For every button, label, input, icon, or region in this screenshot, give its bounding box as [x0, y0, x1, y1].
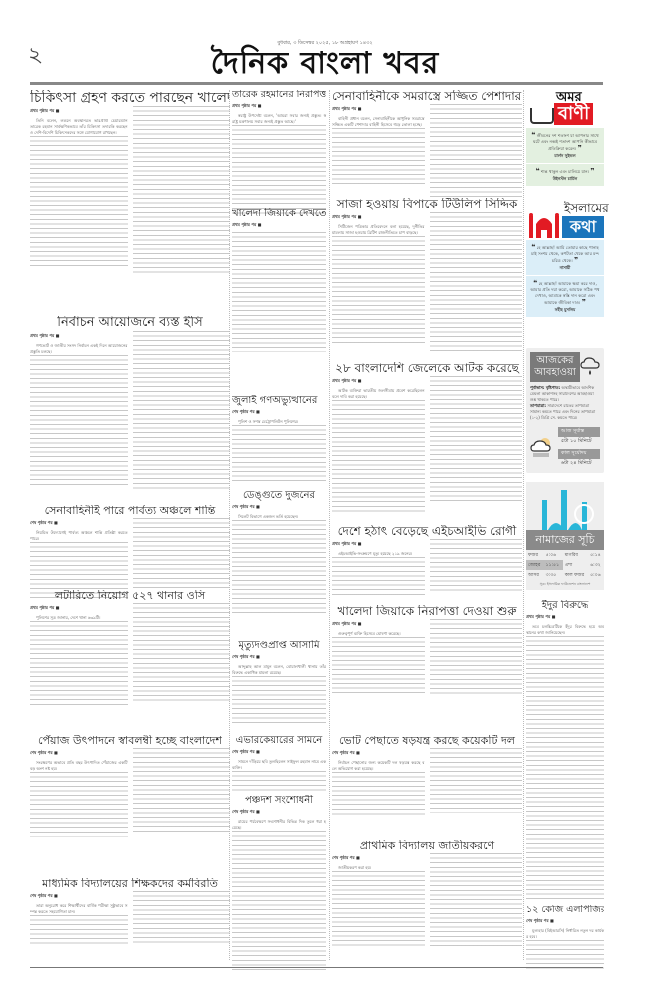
- headline[interactable]: পেঁয়াজ উৎপাদনে স্বাবলম্বী হচ্ছে বাংলাদে…: [30, 735, 230, 748]
- article-everest[interactable]: এভারকেয়ারের সামনে শেষ পৃষ্ঠার পর ■ সামন…: [232, 735, 326, 793]
- headline[interactable]: ডেঙ্গুতে দুজনের: [232, 490, 326, 502]
- mosque-skyline-art: [526, 486, 604, 530]
- quote-card: ❝ হে আল্লাহ! আমাকে ক্ষমা করে দাও, আমার প…: [526, 276, 604, 318]
- quote-source: চার্লস সুইন্ডল: [529, 153, 601, 159]
- quote-source: নাসায়ী: [529, 265, 601, 271]
- kicker: শেষ পৃষ্ঠার পর ■: [232, 504, 326, 511]
- text-block: [332, 637, 425, 697]
- kicker: প্রথম পৃষ্ঠার পর ■: [526, 614, 604, 621]
- text-block: [232, 520, 326, 615]
- body-text: সিটিজেন পত্রিকার প্রতিবেদনে বলা হয়েছে, …: [332, 224, 425, 236]
- headline[interactable]: চিকিৎসা গ্রহণ করতে পারছেন খালেদা: [30, 90, 230, 106]
- headline[interactable]: প্রাথমিক বিদ্যালয় জাতীয়করণে: [332, 840, 522, 853]
- quote-card: ❝ শান্ত থাকুন এবং চালিয়ে যান। ❞ উইনস্টন…: [526, 164, 604, 187]
- text-block: [332, 772, 425, 817]
- headline[interactable]: ২৮ বাংলাদেশি জেলেকে আটক করেছে: [332, 362, 522, 376]
- weather-box: আজকের আবহাওয়া পূর্বাভাস: বৃষ্টিপাত: অস্…: [526, 348, 604, 473]
- article-tarique-security[interactable]: তারেক রহমানের নিরাপত্তায় প্রথম পৃষ্ঠার …: [232, 90, 326, 215]
- body-text: আটক ব্যক্তিরা ভারতীয় জলসীমায় প্রবেশ কর…: [332, 388, 425, 400]
- open-quote-icon: ❝: [533, 279, 537, 287]
- body-text: বাহিনী প্রধান বলেন, সেনাবাহিনীকে আধুনিক …: [332, 116, 425, 128]
- prayer-row: আসর৩:৩৫ কাল ফজর৫:০৬: [526, 570, 604, 580]
- text-block: [430, 104, 523, 199]
- text-block: [232, 676, 326, 726]
- text-block: [133, 603, 231, 703]
- text-block: [232, 425, 326, 485]
- quote-text: হে আল্লাহ! আমাকে ক্ষমা করে দাও, আমার প্র…: [530, 281, 599, 305]
- column-divider: [329, 90, 330, 960]
- text-block: [232, 771, 326, 793]
- headline[interactable]: পঞ্চদশ সংশোধনী: [232, 795, 326, 807]
- sunrise-time: ৬টা ২৪ মিনিটে: [558, 459, 600, 469]
- headline[interactable]: খালেদা জিয়াকে নিরাপত্তা দেওয়া শুরু: [332, 605, 522, 619]
- body-text: সামনে দাঁড়িয়ে ছবি তুলছিলেন সাইফুল রহমা…: [232, 759, 326, 771]
- kicker: প্রথম পৃষ্ঠার পর ■: [332, 378, 425, 385]
- quote-text: জীবনের দশ শতাংশ যা আপনার সাথে ঘটে এবং নব…: [533, 133, 599, 151]
- amar-bani-box: অমর বাণী ❝ জীবনের দশ শতাংশ যা আপনার সাথে…: [526, 88, 604, 187]
- headline[interactable]: দেশে হঠাৎ বেড়েছে এইচআইভি রোগী: [332, 525, 522, 539]
- article-onion[interactable]: পেঁয়াজ উৎপাদনে স্বাবলম্বী হচ্ছে বাংলাদে…: [30, 735, 230, 837]
- text-block: [332, 128, 425, 188]
- prayer-times-box: নামাজের সূচি ফজর৫:০৬ মাগরিব৫:১৪ জোহর১১:৫…: [526, 482, 604, 590]
- text-block: [430, 748, 523, 813]
- body-text: গণভোট ও জাতীয় সংসদ নির্বাচন একই দিনে আয…: [30, 343, 128, 355]
- kicker: শেষ পৃষ্ঠার পর ■: [232, 809, 326, 816]
- text-block: [430, 376, 523, 504]
- prayer-row: জোহর১১:৫১ এশা৬:৩২: [526, 560, 604, 570]
- column-divider: [229, 90, 230, 960]
- kicker: শেষ পৃষ্ঠার পর ■: [232, 409, 326, 416]
- kicker: শেষ পৃষ্ঠার পর ■: [232, 749, 326, 756]
- quote-text: হে আল্লাহ! আমি তোমার কাছে পানাহ চাই সংশয…: [531, 245, 599, 263]
- article-death-row[interactable]: মৃত্যুদণ্ডপ্রাপ্ত আসামি শেষ পৃষ্ঠার পর ■…: [232, 640, 326, 726]
- cloud-sun-icon: [530, 436, 554, 458]
- article-dengue[interactable]: ডেঙ্গুতে দুজনের শেষ পৃষ্ঠার পর ■ সিলেট ব…: [232, 490, 326, 615]
- text-block: [133, 106, 231, 276]
- text-block: [30, 136, 128, 266]
- quote-source: সহীহ মুসলিম: [529, 307, 601, 313]
- article-army-professional[interactable]: সেনাবাহিনীকে সমরাস্ত্রে সজ্জিত পেশাদার প…: [332, 90, 522, 199]
- article-tulip-siddiq[interactable]: সাজা হওয়ায় বিপাকে টিউলিপ সিদ্দিক প্রথম…: [332, 198, 522, 352]
- text-block: [430, 619, 523, 694]
- logo-bottom-text: কথা: [562, 216, 604, 238]
- close-quote-icon: ❞: [582, 298, 586, 306]
- headline[interactable]: এভারকেয়ারের সামনে: [232, 735, 326, 747]
- minaret-icon: [526, 486, 604, 530]
- body-text: আব্দুল্লাহ আল মামুন বলেন, বোয়ালখালী থান…: [232, 664, 326, 676]
- body-text: সংরক্ষণের অভাবে প্রতি বছর উৎপাদিত পেঁয়া…: [30, 760, 128, 772]
- open-quote-icon: ❝: [531, 243, 535, 251]
- headline[interactable]: ইঁদুর বিরুদ্ধে: [526, 600, 604, 612]
- kicker: প্রথম পৃষ্ঠার পর ■: [30, 333, 128, 340]
- prayer-source: সূত্র: ইসলামিক ফাউন্ডেশন বাংলাদেশ: [526, 580, 604, 590]
- text-block: [526, 636, 604, 901]
- open-quote-icon: ❝: [531, 131, 535, 139]
- text-block: [133, 331, 231, 491]
- text-block: [133, 891, 231, 946]
- body-text: তিনি বলেন, লন্ডনে অবস্থানরত ভারপ্রাপ্ত চ…: [30, 118, 128, 136]
- rain-cloud-icon: [580, 356, 600, 378]
- article-hiv-rise[interactable]: দেশে হঠাৎ বেড়েছে এইচআইভি রোগী প্রথম পৃষ…: [332, 525, 522, 597]
- kicker: শেষ পৃষ্ঠার পর ■: [30, 750, 128, 757]
- article-fifteenth-amendment[interactable]: পঞ্চদশ সংশোধনী শেষ পৃষ্ঠার পর ■ রায়ের প…: [232, 795, 326, 971]
- weather-forecast: পূর্বাভাস: বৃষ্টিপাত: অস্থায়ীভাবে আংশিক…: [530, 385, 600, 421]
- mosque-icon: [528, 206, 560, 238]
- body-text: তবে চলচ্চিত্রটিকে ইঁদুর বিরুদ্ধে হয়ে অব…: [526, 624, 604, 636]
- quote-source: উইনস্টন চার্চিল: [529, 176, 601, 182]
- kicker: শেষ পৃষ্ঠার পর ■: [332, 750, 425, 757]
- article-mouse-against[interactable]: ইঁদুর বিরুদ্ধে প্রথম পৃষ্ঠার পর ■ তবে চল…: [526, 600, 604, 901]
- article-lottery-oc[interactable]: লটারিতে নিয়োগ ৫২৭ থানার ওসি প্রথম পৃষ্ঠ…: [30, 590, 230, 706]
- text-block: [430, 853, 523, 948]
- islamer-kotha-logo: ইসলামের কথা: [526, 200, 604, 240]
- article-khaleda-treatment[interactable]: চিকিৎসা গ্রহণ করতে পারছেন খালেদা প্রথম প…: [30, 90, 230, 276]
- article-secondary-teachers[interactable]: মাধ্যমিক বিদ্যালয়ের শিক্ষকদের কর্মবিরতি…: [30, 878, 230, 946]
- headline[interactable]: সেনাবাহিনীকে সমরাস্ত্রে সজ্জিত পেশাদার: [332, 90, 522, 104]
- headline[interactable]: লটারিতে নিয়োগ ৫২৭ থানার ওসি: [30, 590, 230, 603]
- headline[interactable]: মৃত্যুদণ্ডপ্রাপ্ত আসামি: [232, 640, 326, 652]
- sunrise-label: কাল সূর্যোদয়: [558, 449, 600, 459]
- body-text: তারা অনুরোধ করে শিক্ষার্থীদের বার্ষিক পর…: [30, 903, 128, 915]
- kicker: প্রথম পৃষ্ঠার পর ■: [332, 106, 425, 113]
- body-text: নিয়মিত উদ্যোগেই পার্বত্য অঞ্চলে শান্তি …: [30, 530, 128, 542]
- text-block: [30, 915, 128, 945]
- newspaper-title: দৈনিক বাংলা খবর: [0, 47, 650, 81]
- text-block: [30, 621, 128, 706]
- weather-title: আজকের আবহাওয়া: [530, 352, 580, 382]
- body-text: মূল্যহার (বিইআরসি) নির্ধারিত নতুন দর কার…: [526, 928, 604, 940]
- text-block: [30, 355, 128, 485]
- body-text: নির্বাচন পেছানোর জন্য কয়েকটি দল ষড়যন্ত…: [332, 760, 425, 772]
- quote-card: ❝ হে আল্লাহ! আমি তোমার কাছে পানাহ চাই সং…: [526, 240, 604, 276]
- headline[interactable]: সেনাবাহিনীই পারে পার্বত্য অঞ্চলে শান্তি: [30, 505, 230, 518]
- headline[interactable]: ভোট পেছাতে ষড়যন্ত্র করছে কয়েকটি দল: [332, 735, 522, 748]
- islamer-kotha-box: ইসলামের কথা ❝ হে আল্লাহ! আমি তোমার কাছে …: [526, 200, 604, 318]
- logo-bottom-text: বাণী: [554, 103, 593, 125]
- text-block: [332, 400, 425, 512]
- prayer-row: ফজর৫:০৬ মাগরিব৫:১৪: [526, 550, 604, 560]
- text-block: [133, 748, 231, 833]
- headline[interactable]: খালেদা জিয়াকে দেখতে: [232, 208, 326, 220]
- prayer-table: ফজর৫:০৬ মাগরিব৫:১৪ জোহর১১:৫১ এশা৬:৩২ আসর…: [526, 550, 604, 580]
- bottom-rule: [30, 967, 603, 968]
- kicker: প্রথম পৃষ্ঠার পর ■: [332, 541, 425, 548]
- kicker: প্রথম পৃষ্ঠার পর ■: [30, 108, 128, 115]
- kicker: প্রথম পৃষ্ঠার পর ■: [332, 214, 425, 221]
- kicker: প্রথম পৃষ্ঠার পর ■: [232, 222, 326, 229]
- text-block: [30, 772, 128, 837]
- headline[interactable]: সাজা হওয়ায় বিপাকে টিউলিপ সিদ্দিক: [332, 198, 522, 212]
- kicker: শেষ পৃষ্ঠার পর ■: [232, 654, 326, 661]
- kicker: শেষ পৃষ্ঠার পর ■: [526, 918, 604, 925]
- article-july-uprising[interactable]: জুলাই গণঅভ্যুত্থানের শেষ পৃষ্ঠার পর ■ পু…: [232, 395, 326, 485]
- article-fishermen-detained[interactable]: ২৮ বাংলাদেশি জেলেকে আটক করেছে প্রথম পৃষ্…: [332, 362, 522, 512]
- article-ec-election[interactable]: নির্বাচন আয়োজনে ব্যস্ত ইসি প্রথম পৃষ্ঠা…: [30, 316, 230, 491]
- close-quote-icon: ❞: [578, 144, 582, 152]
- kicker: প্রথম পৃষ্ঠার পর ■: [232, 103, 326, 110]
- article-khaleda-visit[interactable]: খালেদা জিয়াকে দেখতে প্রথম পৃষ্ঠার পর ■: [232, 208, 326, 352]
- text-block: [232, 831, 326, 971]
- text-block: [133, 518, 231, 588]
- book-icon: [530, 108, 554, 124]
- prayer-title: নামাজের সূচি: [526, 530, 604, 550]
- kicker: শেষ পৃষ্ঠার পর ■: [30, 893, 128, 900]
- text-block: [430, 212, 523, 352]
- quote-card: ❝ জীবনের দশ শতাংশ যা আপনার সাথে ঘটে এবং …: [526, 128, 604, 164]
- text-block: [332, 871, 425, 949]
- article-khaleda-security-start[interactable]: খালেদা জিয়াকে নিরাপত্তা দেওয়া শুরু প্র…: [332, 605, 522, 697]
- sunset-time: ৫টা ১০ মিনিটে: [558, 437, 600, 447]
- headline[interactable]: মাধ্যমিক বিদ্যালয়ের শিক্ষকদের কর্মবিরতি: [30, 878, 230, 891]
- column-divider: [523, 90, 524, 960]
- top-rule: [30, 82, 603, 85]
- article-primary-nationalization[interactable]: প্রাথমিক বিদ্যালয় জাতীয়করণে শেষ পৃষ্ঠা…: [332, 840, 522, 949]
- kicker: শেষ পৃষ্ঠার পর ■: [332, 855, 425, 862]
- text-block: [526, 940, 604, 970]
- text-block: [332, 236, 425, 346]
- text-block: [232, 125, 326, 215]
- body-text: রায়ের পর্যবেক্ষণে সংশোধনীর বিভিন্ন দিক …: [232, 819, 326, 831]
- article-lpg[interactable]: ১২ কেজি এলপিজির শেষ পৃষ্ঠার পর ■ মূল্যহা…: [526, 905, 604, 970]
- article-vote-conspiracy[interactable]: ভোট পেছাতে ষড়যন্ত্র করছে কয়েকটি দল শেষ…: [332, 735, 522, 817]
- text-block: [232, 232, 326, 352]
- sunset-label: আজ সূর্যাস্ত: [558, 427, 600, 437]
- kicker: শেষ পৃষ্ঠার পর ■: [30, 520, 128, 527]
- quote-text: শান্ত থাকুন এবং চালিয়ে যান।: [541, 169, 589, 174]
- text-block: [332, 557, 425, 597]
- headline[interactable]: ১২ কেজি এলপিজির: [526, 905, 604, 916]
- headline[interactable]: নির্বাচন আয়োজনে ব্যস্ত ইসি: [30, 316, 230, 331]
- kicker: প্রথম পৃষ্ঠার পর ■: [30, 605, 128, 612]
- headline[interactable]: তারেক রহমানের নিরাপত্তায়: [232, 90, 326, 101]
- close-quote-icon: ❞: [590, 167, 594, 175]
- text-block: [430, 539, 523, 594]
- kicker: প্রথম পৃষ্ঠার পর ■: [332, 621, 425, 628]
- article-army-hills-peace[interactable]: সেনাবাহিনীই পারে পার্বত্য অঞ্চলে শান্তি …: [30, 505, 230, 602]
- amar-bani-logo: অমর বাণী: [526, 88, 604, 128]
- headline[interactable]: জুলাই গণঅভ্যুত্থানের: [232, 395, 326, 407]
- open-quote-icon: ❝: [535, 167, 539, 175]
- body-text: স্বরাষ্ট্র উপদেষ্টা বলেন, 'আমরা সবার জন্…: [232, 113, 326, 125]
- close-quote-icon: ❞: [574, 256, 578, 264]
